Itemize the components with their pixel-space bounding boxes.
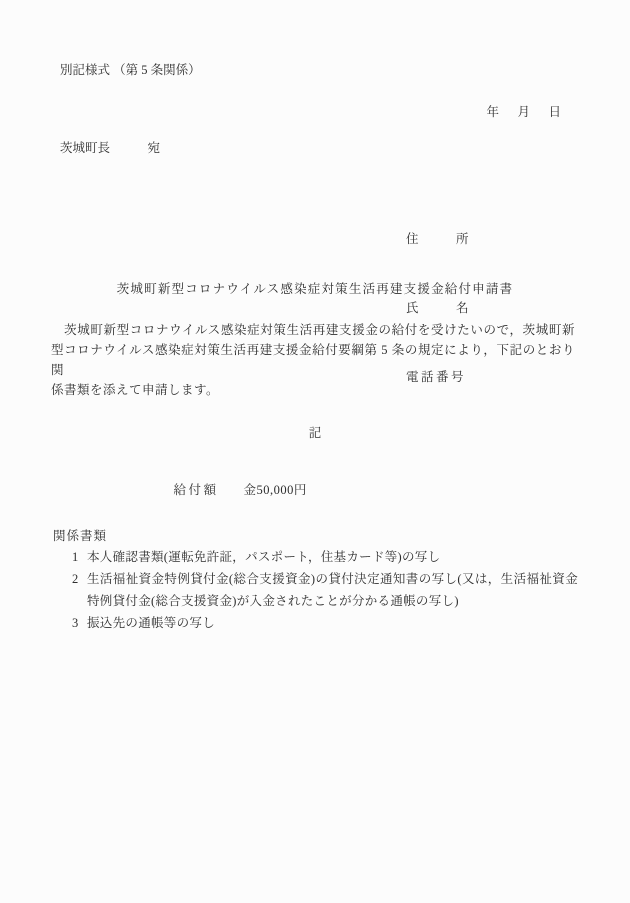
applicant-name-label: 氏 名 — [406, 297, 469, 320]
attachment-item-text: 本人確認書類(運転免許証，パスポート，住基カード等)の写し — [87, 546, 578, 568]
grant-amount-value: 金50,000円 — [244, 483, 307, 497]
attachment-item: 2 生活福祉資金特例貸付金(総合支援資金)の貸付決定通知書の写し(又は，生活福祉… — [72, 568, 578, 612]
grant-amount-line: 給付額金50,000円 — [161, 465, 307, 516]
attachment-item-text: 生活福祉資金特例貸付金(総合支援資金)の貸付決定通知書の写し(又は，生活福祉資金… — [87, 568, 578, 612]
application-form-page: 別記様式 （第 5 条関係） 年 月 日 茨城町長 宛 住 所 氏 名 電話番号… — [0, 0, 630, 903]
attachment-item: 3 振込先の通帳等の写し — [72, 612, 578, 634]
form-style-note: 別記様式 （第 5 条関係） — [60, 62, 201, 79]
grant-amount-label: 給付額 — [174, 483, 219, 497]
attachment-item: 1 本人確認書類(運転免許証，パスポート，住基カード等)の写し — [72, 546, 578, 568]
addressee-line: 茨城町長 宛 — [60, 140, 160, 157]
applicant-address-label: 住 所 — [406, 228, 469, 251]
attachment-item-text: 振込先の通帳等の写し — [87, 612, 578, 634]
body-line: 型コロナウイルス感染症対策生活再建支援金給付要綱第 5 条の規定により，下記のと… — [51, 340, 575, 380]
record-marker: 記 — [0, 425, 630, 442]
attachment-item-number: 2 — [72, 568, 87, 612]
body-line: 係書類を添えて申請します。 — [51, 380, 575, 400]
attachment-item-number: 3 — [72, 612, 87, 634]
body-line: 茨城町新型コロナウイルス感染症対策生活再建支援金の給付を受けたいので，茨城町新 — [51, 320, 575, 340]
body-paragraph: 茨城町新型コロナウイルス感染症対策生活再建支援金の給付を受けたいので，茨城町新 … — [51, 320, 575, 400]
attachment-item-number: 1 — [72, 546, 87, 568]
attachments-heading: 関係書類 — [53, 528, 107, 545]
document-title: 茨城町新型コロナウイルス感染症対策生活再建支援金給付申請書 — [0, 281, 630, 298]
attachments-list: 1 本人確認書類(運転免許証，パスポート，住基カード等)の写し 2 生活福祉資金… — [72, 546, 578, 634]
date-line: 年 月 日 — [486, 104, 564, 121]
